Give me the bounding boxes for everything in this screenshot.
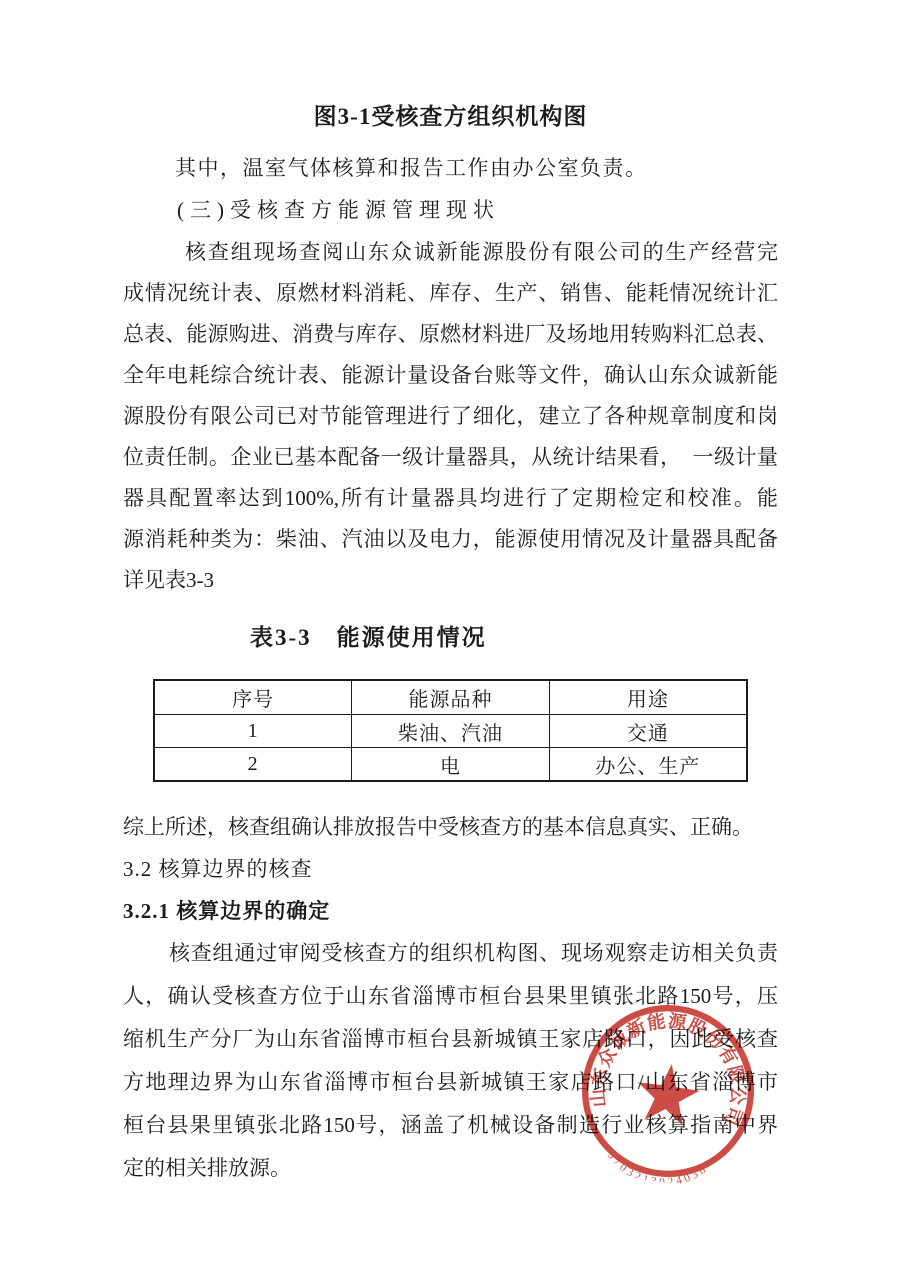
column-header-energy-type: 能源品种 [352,680,550,715]
paragraph-office-responsibility: 其中，温室气体核算和报告工作由办公室负责。 [123,148,778,188]
heading-3-2: 3.2 核算边界的核查 [123,848,778,890]
document-line: 源股份有限公司已对节能管理进行了细化，建立了各种规章制度和岗 [123,396,778,437]
document-line: 器具配置率达到100%,所有计量器具均进行了定期检定和校准。能 [123,478,778,519]
table-header-row: 序号 能源品种 用途 [154,680,747,715]
heading-energy-management: (三)受核查方能源管理现状 [123,188,778,232]
document-line: 缩机生产分厂为山东省淄博市桓台县新城镇王家店路口，因此受核查 [123,1018,778,1061]
document-line: 总表、能源购进、消费与库存、原燃材料进厂及场地用转购料汇总表、 [123,314,778,355]
column-header-index: 序号 [154,680,352,715]
paragraph-accounting-boundary: 核查组通过审阅受核查方的组织机构图、现场观察走访相关负责 人，确认受核查方位于山… [123,932,778,1190]
document-line: 人，确认受核查方位于山东省淄博市桓台县果里镇张北路150号，压 [123,975,778,1018]
cell-usage: 办公、生产 [549,748,747,782]
document-line: 桓台县果里镇张北路150号，涵盖了机械设备制造行业核算指南中界 [123,1104,778,1147]
paragraph-summary: 综上所述，核查组确认排放报告中受核查方的基本信息真实、正确。 [123,806,778,848]
table-row: 2 电 办公、生产 [154,748,747,782]
table-row: 1 柴油、汽油 交通 [154,715,747,748]
cell-index: 1 [154,715,352,748]
figure-caption: 图3-1受核查方组织机构图 [123,100,778,134]
document-line: 成情况统计表、原燃材料消耗、库存、生产、销售、能耗情况统计汇 [123,273,778,314]
paragraph-energy-management: 核查组现场查阅山东众诚新能源股份有限公司的生产经营完 成情况统计表、原燃材料消耗… [123,232,778,601]
cell-usage: 交通 [549,715,747,748]
table-caption: 表3-3 能源使用情况 [250,623,778,653]
document-line: 核查组通过审阅受核查方的组织机构图、现场观察走访相关负责 [123,932,778,975]
document-page: 图3-1受核查方组织机构图 其中，温室气体核算和报告工作由办公室负责。 (三)受… [0,0,900,1284]
cell-index: 2 [154,748,352,782]
document-line: 定的相关排放源。 [123,1147,778,1190]
document-line: 全年电耗综合统计表、能源计量设备台账等文件，确认山东众诚新能 [123,355,778,396]
column-header-usage: 用途 [549,680,747,715]
document-line: 方地理边界为山东省淄博市桓台县新城镇王家店路口/山东省淄博市 [123,1061,778,1104]
energy-usage-table: 序号 能源品种 用途 1 柴油、汽油 交通 2 电 办公、生产 [153,679,748,782]
heading-3-2-1: 3.2.1 核算边界的确定 [123,890,778,932]
document-line: 详见表3-3 [123,560,778,601]
document-line: 源消耗种类为：柴油、汽油以及电力，能源使用情况及计量器具配备 [123,519,778,560]
document-line: 位责任制。企业已基本配备一级计量器具，从统计结果看， 一级计量 [123,437,778,478]
cell-energy-type: 电 [352,748,550,782]
cell-energy-type: 柴油、汽油 [352,715,550,748]
document-content: 图3-1受核查方组织机构图 其中，温室气体核算和报告工作由办公室负责。 (三)受… [123,0,778,1190]
document-line: 核查组现场查阅山东众诚新能源股份有限公司的生产经营完 [123,232,778,273]
